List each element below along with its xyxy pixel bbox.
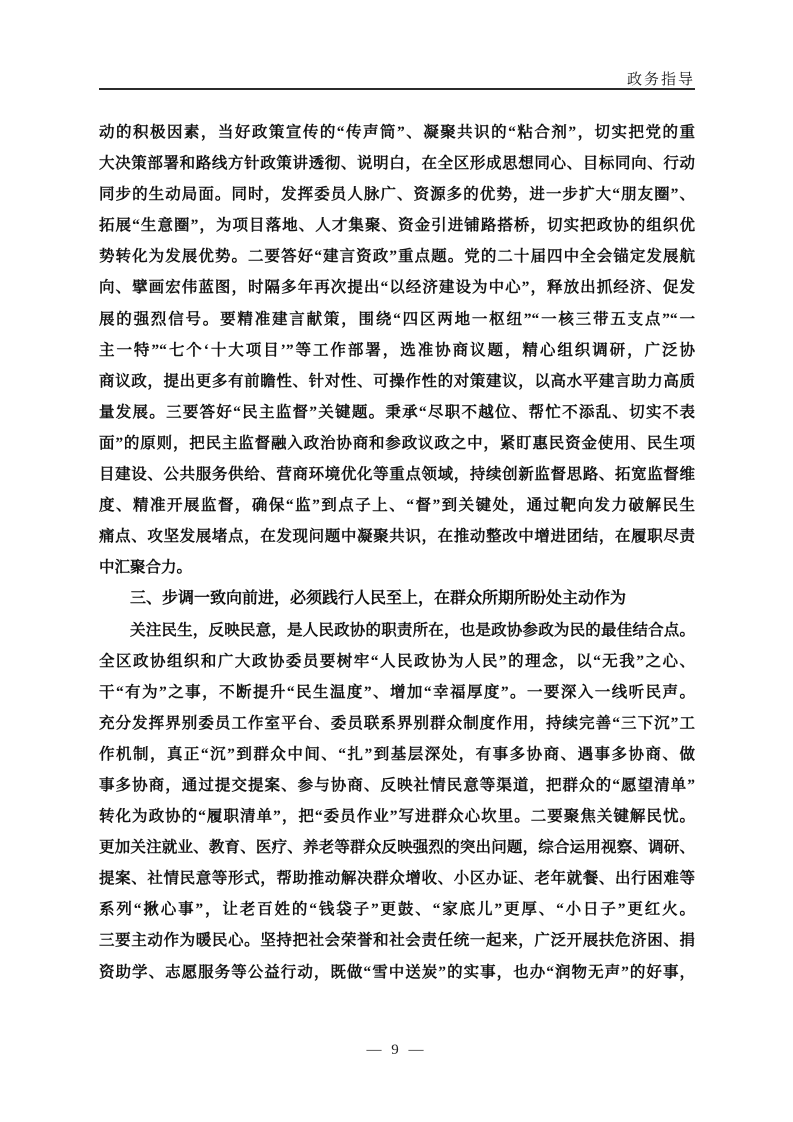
text-line: 作机制，真正“沉”到群众中间、“扎”到基层深处，有事多协商、遇事多协商、做	[99, 739, 695, 770]
text-line: 更加关注就业、教育、医疗、养老等群众反映强烈的突出问题，综合运用视察、调研、	[99, 832, 695, 863]
text-line: 全区政协组织和广大政协委员要树牢“人民政协为人民”的理念，以“无我”之心、	[99, 646, 695, 677]
text-line: 面”的原则，把民主监督融入政治协商和参政议政之中，紧盯惠民资金使用、民生项	[99, 428, 695, 459]
text-line: 中汇聚合力。	[99, 552, 695, 583]
document-page: 政务指导 动的积极因素，当好政策宣传的“传声筒”、凝聚共识的“粘合剂”，切实把党…	[0, 0, 793, 1122]
page-footer: — 9 —	[0, 1042, 793, 1059]
text-line: 向、擘画宏伟蓝图，时隔多年再次提出“以经济建设为中心”，释放出抓经济、促发	[99, 272, 695, 303]
text-line: 提案、社情民意等形式，帮助推动解决群众增收、小区办证、老年就餐、出行困难等	[99, 863, 695, 894]
page-number: — 9 —	[367, 1042, 427, 1058]
text-line: 资助学、志愿服务等公益行动，既做“雪中送炭”的实事，也办“润物无声”的好事，	[99, 957, 695, 988]
text-line: 势转化为发展优势。二要答好“建言资政”重点题。党的二十届四中全会锚定发展航	[99, 241, 695, 272]
text-line: 商议政，提出更多有前瞻性、针对性、可操作性的对策建议，以高水平建言助力高质	[99, 366, 695, 397]
text-line: 动的积极因素，当好政策宣传的“传声筒”、凝聚共识的“粘合剂”，切实把党的重	[99, 117, 695, 148]
text-line: 充分发挥界别委员工作室平台、委员联系界别群众制度作用，持续完善“三下沉”工	[99, 708, 695, 739]
header-journal-label: 政务指导	[627, 68, 695, 89]
text-line: 同步的生动局面。同时，发挥委员人脉广、资源多的优势，进一步扩大“朋友圈”、	[99, 179, 695, 210]
text-line: 转化为政协的“履职清单”，把“委员作业”写进群众心坎里。二要聚焦关键解民忧。	[99, 801, 695, 832]
text-lines: 动的积极因素，当好政策宣传的“传声筒”、凝聚共识的“粘合剂”，切实把党的重大决策…	[99, 117, 695, 988]
section-heading: 三、步调一致向前进，必须践行人民至上，在群众所期所盼处主动作为	[99, 583, 695, 614]
header-rule	[99, 88, 695, 90]
text-line: 关注民生，反映民意，是人民政协的职责所在，也是政协参政为民的最佳结合点。	[99, 615, 695, 646]
text-line: 目建设、公共服务供给、营商环境优化等重点领域，持续创新监督思路、拓宽监督维	[99, 459, 695, 490]
text-line: 量发展。三要答好“民主监督”关键题。秉承“尽职不越位、帮忙不添乱、切实不表	[99, 397, 695, 428]
text-line: 展的强烈信号。要精准建言献策，围绕“四区两地一枢纽”“一核三带五支点”“一	[99, 304, 695, 335]
text-line: 主一特”“七个‘十大项目’”等工作部署，选准协商议题，精心组织调研，广泛协	[99, 335, 695, 366]
text-line: 拓展“生意圈”，为项目落地、人才集聚、资金引进铺路搭桥，切实把政协的组织优	[99, 210, 695, 241]
text-line: 事多协商，通过提交提案、参与协商、反映社情民意等渠道，把群众的“愿望清单”	[99, 770, 695, 801]
text-line: 大决策部署和路线方针政策讲透彻、说明白，在全区形成思想同心、目标同向、行动	[99, 148, 695, 179]
text-line: 度、精准开展监督，确保“监”到点子上、“督”到关键处，通过靶向发力破解民生	[99, 490, 695, 521]
text-line: 痛点、攻坚发展堵点，在发现问题中凝聚共识，在推动整改中增进团结，在履职尽责	[99, 521, 695, 552]
text-line: 干“有为”之事，不断提升“民生温度”、增加“幸福厚度”。一要深入一线听民声。	[99, 677, 695, 708]
text-line: 系列“揪心事”，让老百姓的“钱袋子”更鼓、“家底儿”更厚、“小日子”更红火。	[99, 894, 695, 925]
text-line: 三要主动作为暖民心。坚持把社会荣誉和社会责任统一起来，广泛开展扶危济困、捐	[99, 925, 695, 956]
